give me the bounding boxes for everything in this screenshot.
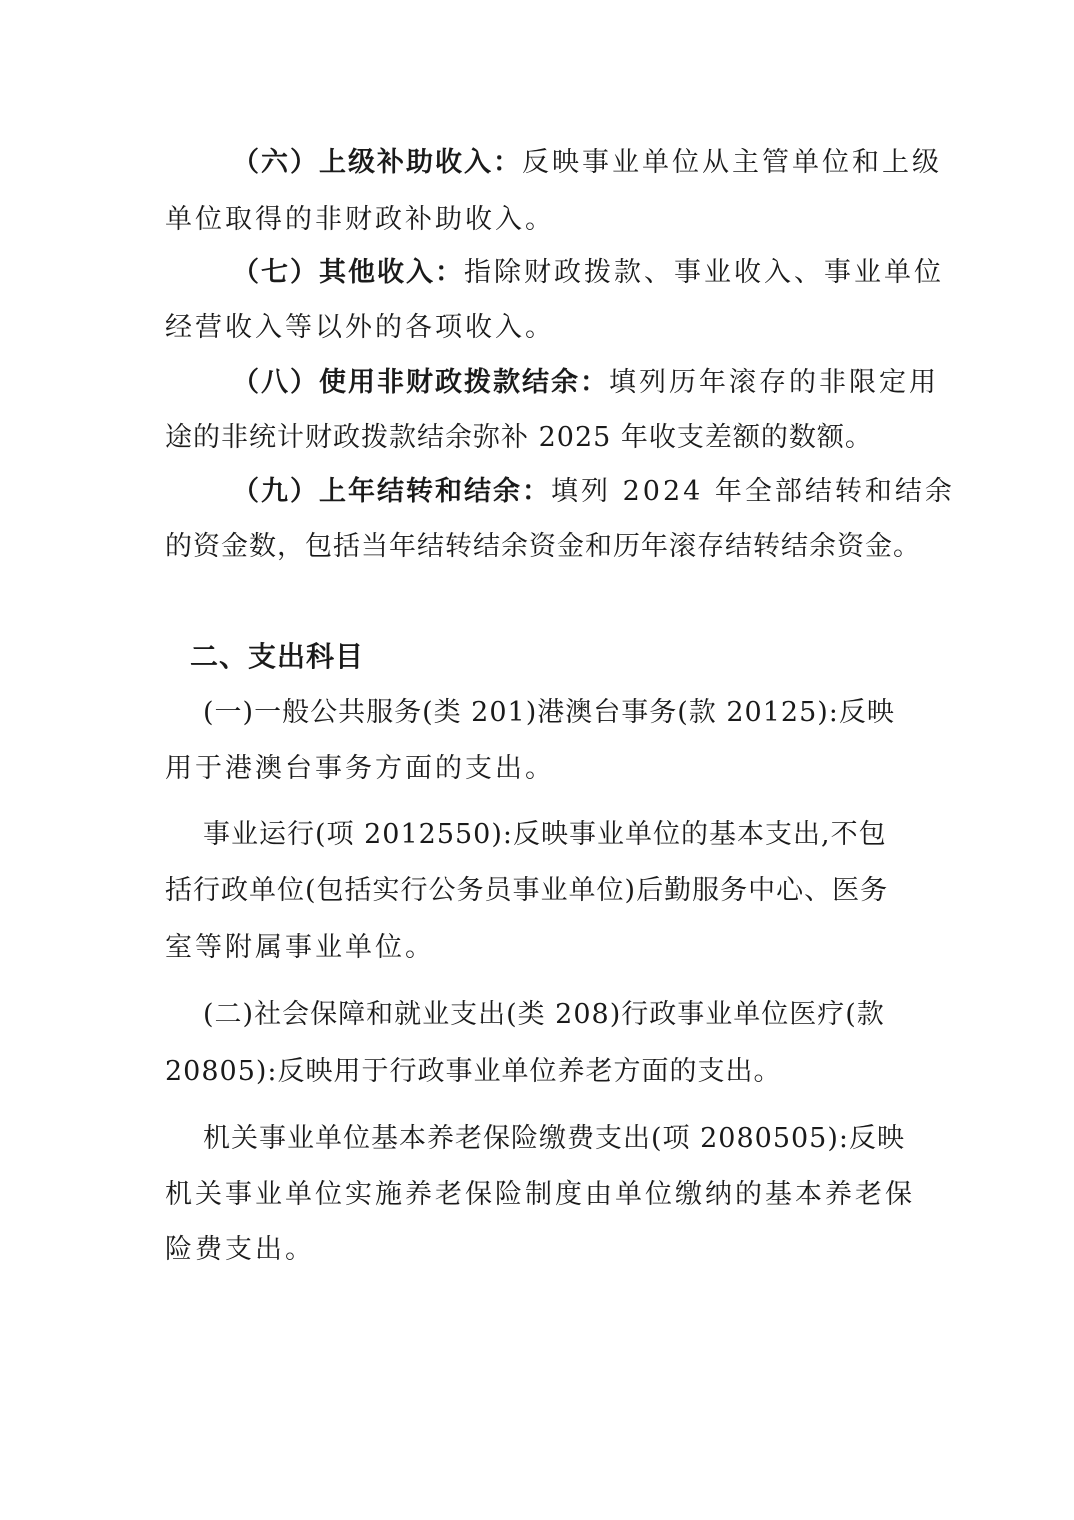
expense-item-2: (二)社会保障和就业支出(类 208)行政事业单位医疗(款 xyxy=(203,998,885,1032)
item-label: (一)一般公共服务(类 201)港澳台事务(款 20125) xyxy=(203,697,829,728)
expense-item-2-1-cont: 机关事业单位实施养老保险制度由单位缴纳的基本养老保 xyxy=(165,1178,915,1212)
item-label: （九）上年结转和结余： xyxy=(232,476,551,507)
expense-item-2-1-cont2: 险费支出。 xyxy=(165,1233,315,1267)
item-label: (二)社会保障和就业支出(类 208)行政事业单位医疗(款 xyxy=(203,999,885,1030)
item-text: :反映 xyxy=(839,1123,905,1154)
income-item-8-cont: 途的非统计财政拨款结余弥补 2025 年收支差额的数额。 xyxy=(165,421,873,455)
item-label: （八）使用非财政拨款结余： xyxy=(232,367,609,398)
expense-item-2-1: 机关事业单位基本养老保险缴费支出(项 2080505):反映 xyxy=(203,1122,905,1156)
income-item-8: （八）使用非财政拨款结余：填列历年滚存的非限定用 xyxy=(232,366,939,400)
expense-item-2-cont: 20805):反映用于行政事业单位养老方面的支出。 xyxy=(165,1055,782,1089)
expense-item-1: (一)一般公共服务(类 201)港澳台事务(款 20125):反映 xyxy=(203,696,895,730)
income-item-9-cont: 的资金数，包括当年结转结余资金和历年滚存结转结余资金。 xyxy=(165,530,921,564)
income-item-6-cont: 单位取得的非财政补助收入。 xyxy=(165,203,555,237)
expense-item-1-1-cont2: 室等附属事业单位。 xyxy=(165,931,435,965)
income-item-6: （六）上级补助收入：反映事业单位从主管单位和上级 xyxy=(232,146,942,180)
expense-item-1-cont: 用于港澳台事务方面的支出。 xyxy=(165,752,555,786)
section-heading: 二、支出科目 xyxy=(190,635,364,675)
income-item-7: （七）其他收入：指除财政拨款、事业收入、事业单位 xyxy=(232,256,944,290)
expense-item-1-1: 事业运行(项 2012550):反映事业单位的基本支出,不包 xyxy=(203,818,887,852)
item-text: 填列 2024 年全部结转和结余 xyxy=(551,476,955,507)
item-label: （七）其他收入： xyxy=(232,257,464,288)
item-label: 事业运行(项 2012550) xyxy=(203,819,503,850)
item-label: （六）上级补助收入： xyxy=(232,147,522,178)
income-item-9: （九）上年结转和结余：填列 2024 年全部结转和结余 xyxy=(232,475,955,509)
item-text: 指除财政拨款、事业收入、事业单位 xyxy=(464,257,944,288)
item-text: :反映事业单位的基本支出,不包 xyxy=(503,819,887,850)
item-text: 反映事业单位从主管单位和上级 xyxy=(522,147,942,178)
item-text: 填列历年滚存的非限定用 xyxy=(609,367,939,398)
expense-item-1-1-cont: 括行政单位(包括实行公务员事业单位)后勤服务中心、医务 xyxy=(165,874,888,908)
item-label: 机关事业单位基本养老保险缴费支出(项 2080505) xyxy=(203,1123,839,1154)
item-text: :反映 xyxy=(829,697,895,728)
income-item-7-cont: 经营收入等以外的各项收入。 xyxy=(165,311,555,345)
